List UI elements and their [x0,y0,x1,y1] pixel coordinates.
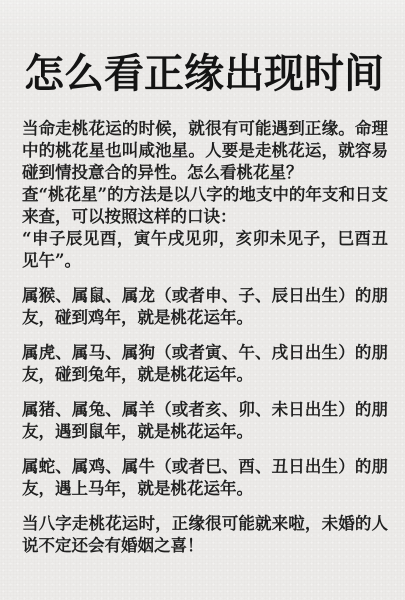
paragraph-closing: 当八字走桃花运时，正缘很可能就来啦，未婚的人说不定还会有婚姻之喜！ [22,513,388,557]
paragraph-method: 查“桃花星”的方法是以八字的地支中的年支和日支来查，可以按照这样的口诀： [22,184,388,228]
article-body: 当命走桃花运的时候，就很有可能遇到正缘。命理中的桃花星也叫咸池星。人要是走桃花运… [22,118,389,557]
paragraph-rule-monkey-rat-dragon: 属猴、属鼠、属龙（或者申、子、辰日出生）的朋友，碰到鸡年，就是桃花运年。 [22,285,388,329]
paragraph-rule-snake-rooster-ox: 属蛇、属鸡、属牛（或者巳、酉、丑日出生）的朋友，遇上马年，就是桃花运年。 [22,456,388,500]
article-page: 怎么看正缘出现时间 当命走桃花运的时候，就很有可能遇到正缘。命理中的桃花星也叫咸… [0,0,405,600]
paragraph-intro: 当命走桃花运的时候，就很有可能遇到正缘。命理中的桃花星也叫咸池星。人要是走桃花运… [22,118,388,184]
paragraph-mnemonic: “申子辰见酉，寅午戌见卯，亥卯未见子，巳酉丑见午”。 [22,228,388,272]
page-title: 怎么看正缘出现时间 [24,52,389,96]
paragraph-rule-tiger-horse-dog: 属虎、属马、属狗（或者寅、午、戌日出生）的朋友，碰到兔年，就是桃花运年。 [22,342,388,386]
paragraph-rule-pig-rabbit-goat: 属猪、属兔、属羊（或者亥、卯、未日出生）的朋友，遇到鼠年，就是桃花运年。 [22,399,388,443]
